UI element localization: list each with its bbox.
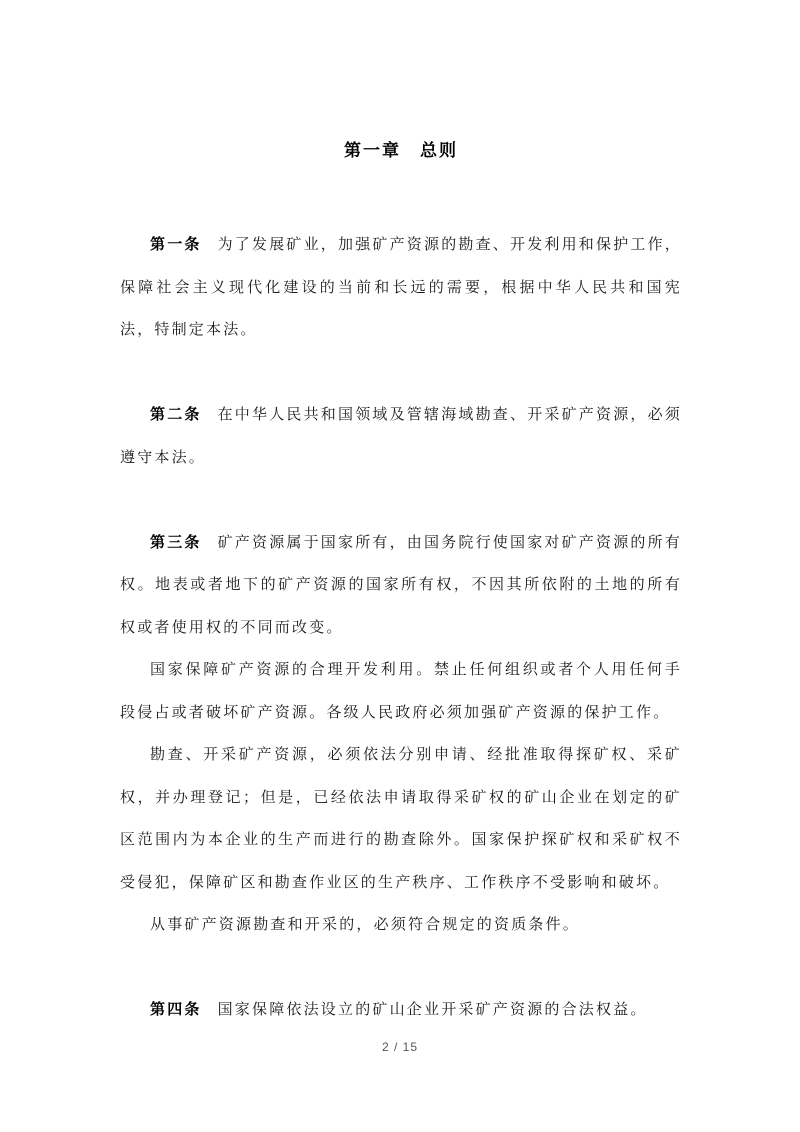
paragraph-text: 从事矿产资源勘查和开采的，必须符合规定的资质条件。 <box>150 916 580 933</box>
paragraph-text: 为了发展矿业，加强矿产资源的勘查、开发利用和保护工作，保障社会主义现代化建设的当… <box>120 236 682 338</box>
paragraph-text: 矿产资源属于国家所有，由国务院行使国家对矿产资源的所有权。地表或者地下的矿产资源… <box>120 534 682 636</box>
article-number: 第四条 <box>150 1001 202 1018</box>
chapter-title: 第一章 总则 <box>120 138 682 164</box>
paragraph-article-4: 第四条国家保障依法设立的矿山企业开采矿产资源的合法权益。 <box>120 989 682 1032</box>
paragraph-text: 国家保障依法设立的矿山企业开采矿产资源的合法权益。 <box>218 1001 648 1018</box>
article-number: 第二条 <box>150 406 202 423</box>
paragraph-article-3: 第三条矿产资源属于国家所有，由国务院行使国家对矿产资源的所有权。地表或者地下的矿… <box>120 522 682 650</box>
document-page: 第一章 总则 第一条为了发展矿业，加强矿产资源的勘查、开发利用和保护工作，保障社… <box>0 0 800 1032</box>
paragraph-text: 国家保障矿产资源的合理开发利用。禁止任何组织或者个人用任何手段侵占或者破坏矿产资… <box>120 661 682 721</box>
paragraph-text: 在中华人民共和国领域及管辖海域勘查、开采矿产资源，必须遵守本法。 <box>120 406 682 466</box>
article-number: 第一条 <box>150 236 202 253</box>
paragraph-text: 勘查、开采矿产资源，必须依法分别申请、经批准取得探矿权、采矿权，并办理登记；但是… <box>120 746 682 891</box>
article-number: 第三条 <box>150 534 202 551</box>
paragraph: 从事矿产资源勘查和开采的，必须符合规定的资质条件。 <box>120 904 682 947</box>
paragraph: 勘查、开采矿产资源，必须依法分别申请、经批准取得探矿权、采矿权，并办理登记；但是… <box>120 734 682 904</box>
paragraph: 国家保障矿产资源的合理开发利用。禁止任何组织或者个人用任何手段侵占或者破坏矿产资… <box>120 649 682 734</box>
paragraph-article-1: 第一条为了发展矿业，加强矿产资源的勘查、开发利用和保护工作，保障社会主义现代化建… <box>120 224 682 352</box>
paragraph-article-2: 第二条在中华人民共和国领域及管辖海域勘查、开采矿产资源，必须遵守本法。 <box>120 394 682 479</box>
page-number: 2 / 15 <box>0 1040 800 1055</box>
